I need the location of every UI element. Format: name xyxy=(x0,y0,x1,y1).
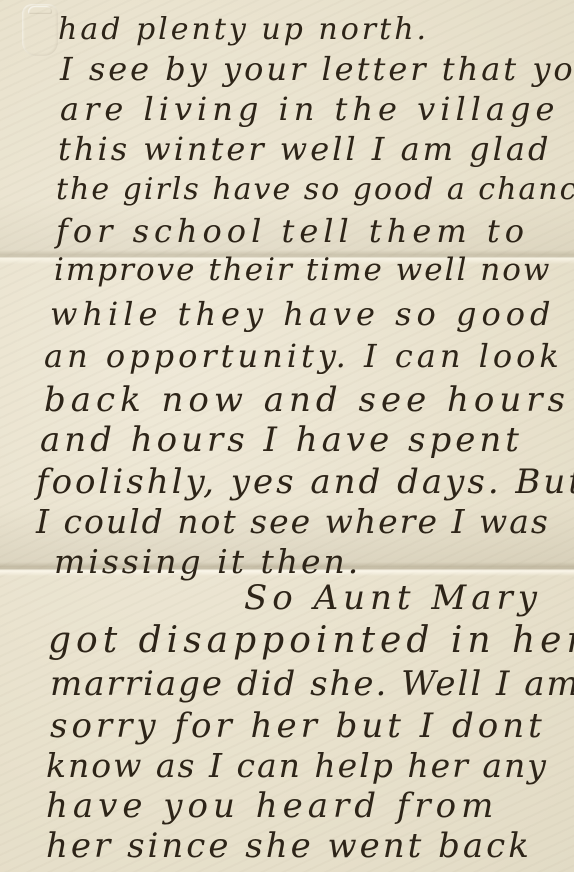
handwritten-text: had plenty up north. I see by your lette… xyxy=(0,0,574,872)
text-line: while they have so good xyxy=(50,295,555,333)
letter-page: had plenty up north. I see by your lette… xyxy=(0,0,574,872)
text-line: her since she went back xyxy=(46,826,532,866)
text-line: had plenty up north. xyxy=(58,12,429,47)
text-line: the girls have so good a chance xyxy=(56,172,574,207)
text-line: I see by your letter that you xyxy=(60,50,574,88)
text-line: missing it then. xyxy=(54,542,361,581)
text-line: got disappointed in her xyxy=(48,620,574,661)
text-line: I could not see where I was xyxy=(36,502,550,541)
text-line: improve their time well now xyxy=(54,252,551,288)
text-line: marriage did she. Well I am xyxy=(50,664,574,704)
text-line: for school tell them to xyxy=(56,212,529,250)
scan-border xyxy=(574,0,582,881)
text-line: have you heard from xyxy=(46,786,498,826)
text-line: and hours I have spent xyxy=(40,420,523,460)
text-line: know as I can help her any xyxy=(46,746,548,785)
text-line: So Aunt Mary xyxy=(244,578,542,618)
text-line: back now and see hours xyxy=(44,380,570,420)
text-line: sorry for her but I dont xyxy=(50,706,546,746)
text-line: are living in the village xyxy=(60,90,559,128)
text-line: foolishly, yes and days. But xyxy=(36,462,574,502)
text-line: an opportunity. I can look xyxy=(44,337,563,375)
text-line: this winter well I am glad xyxy=(58,130,551,168)
scan-border xyxy=(0,872,582,881)
